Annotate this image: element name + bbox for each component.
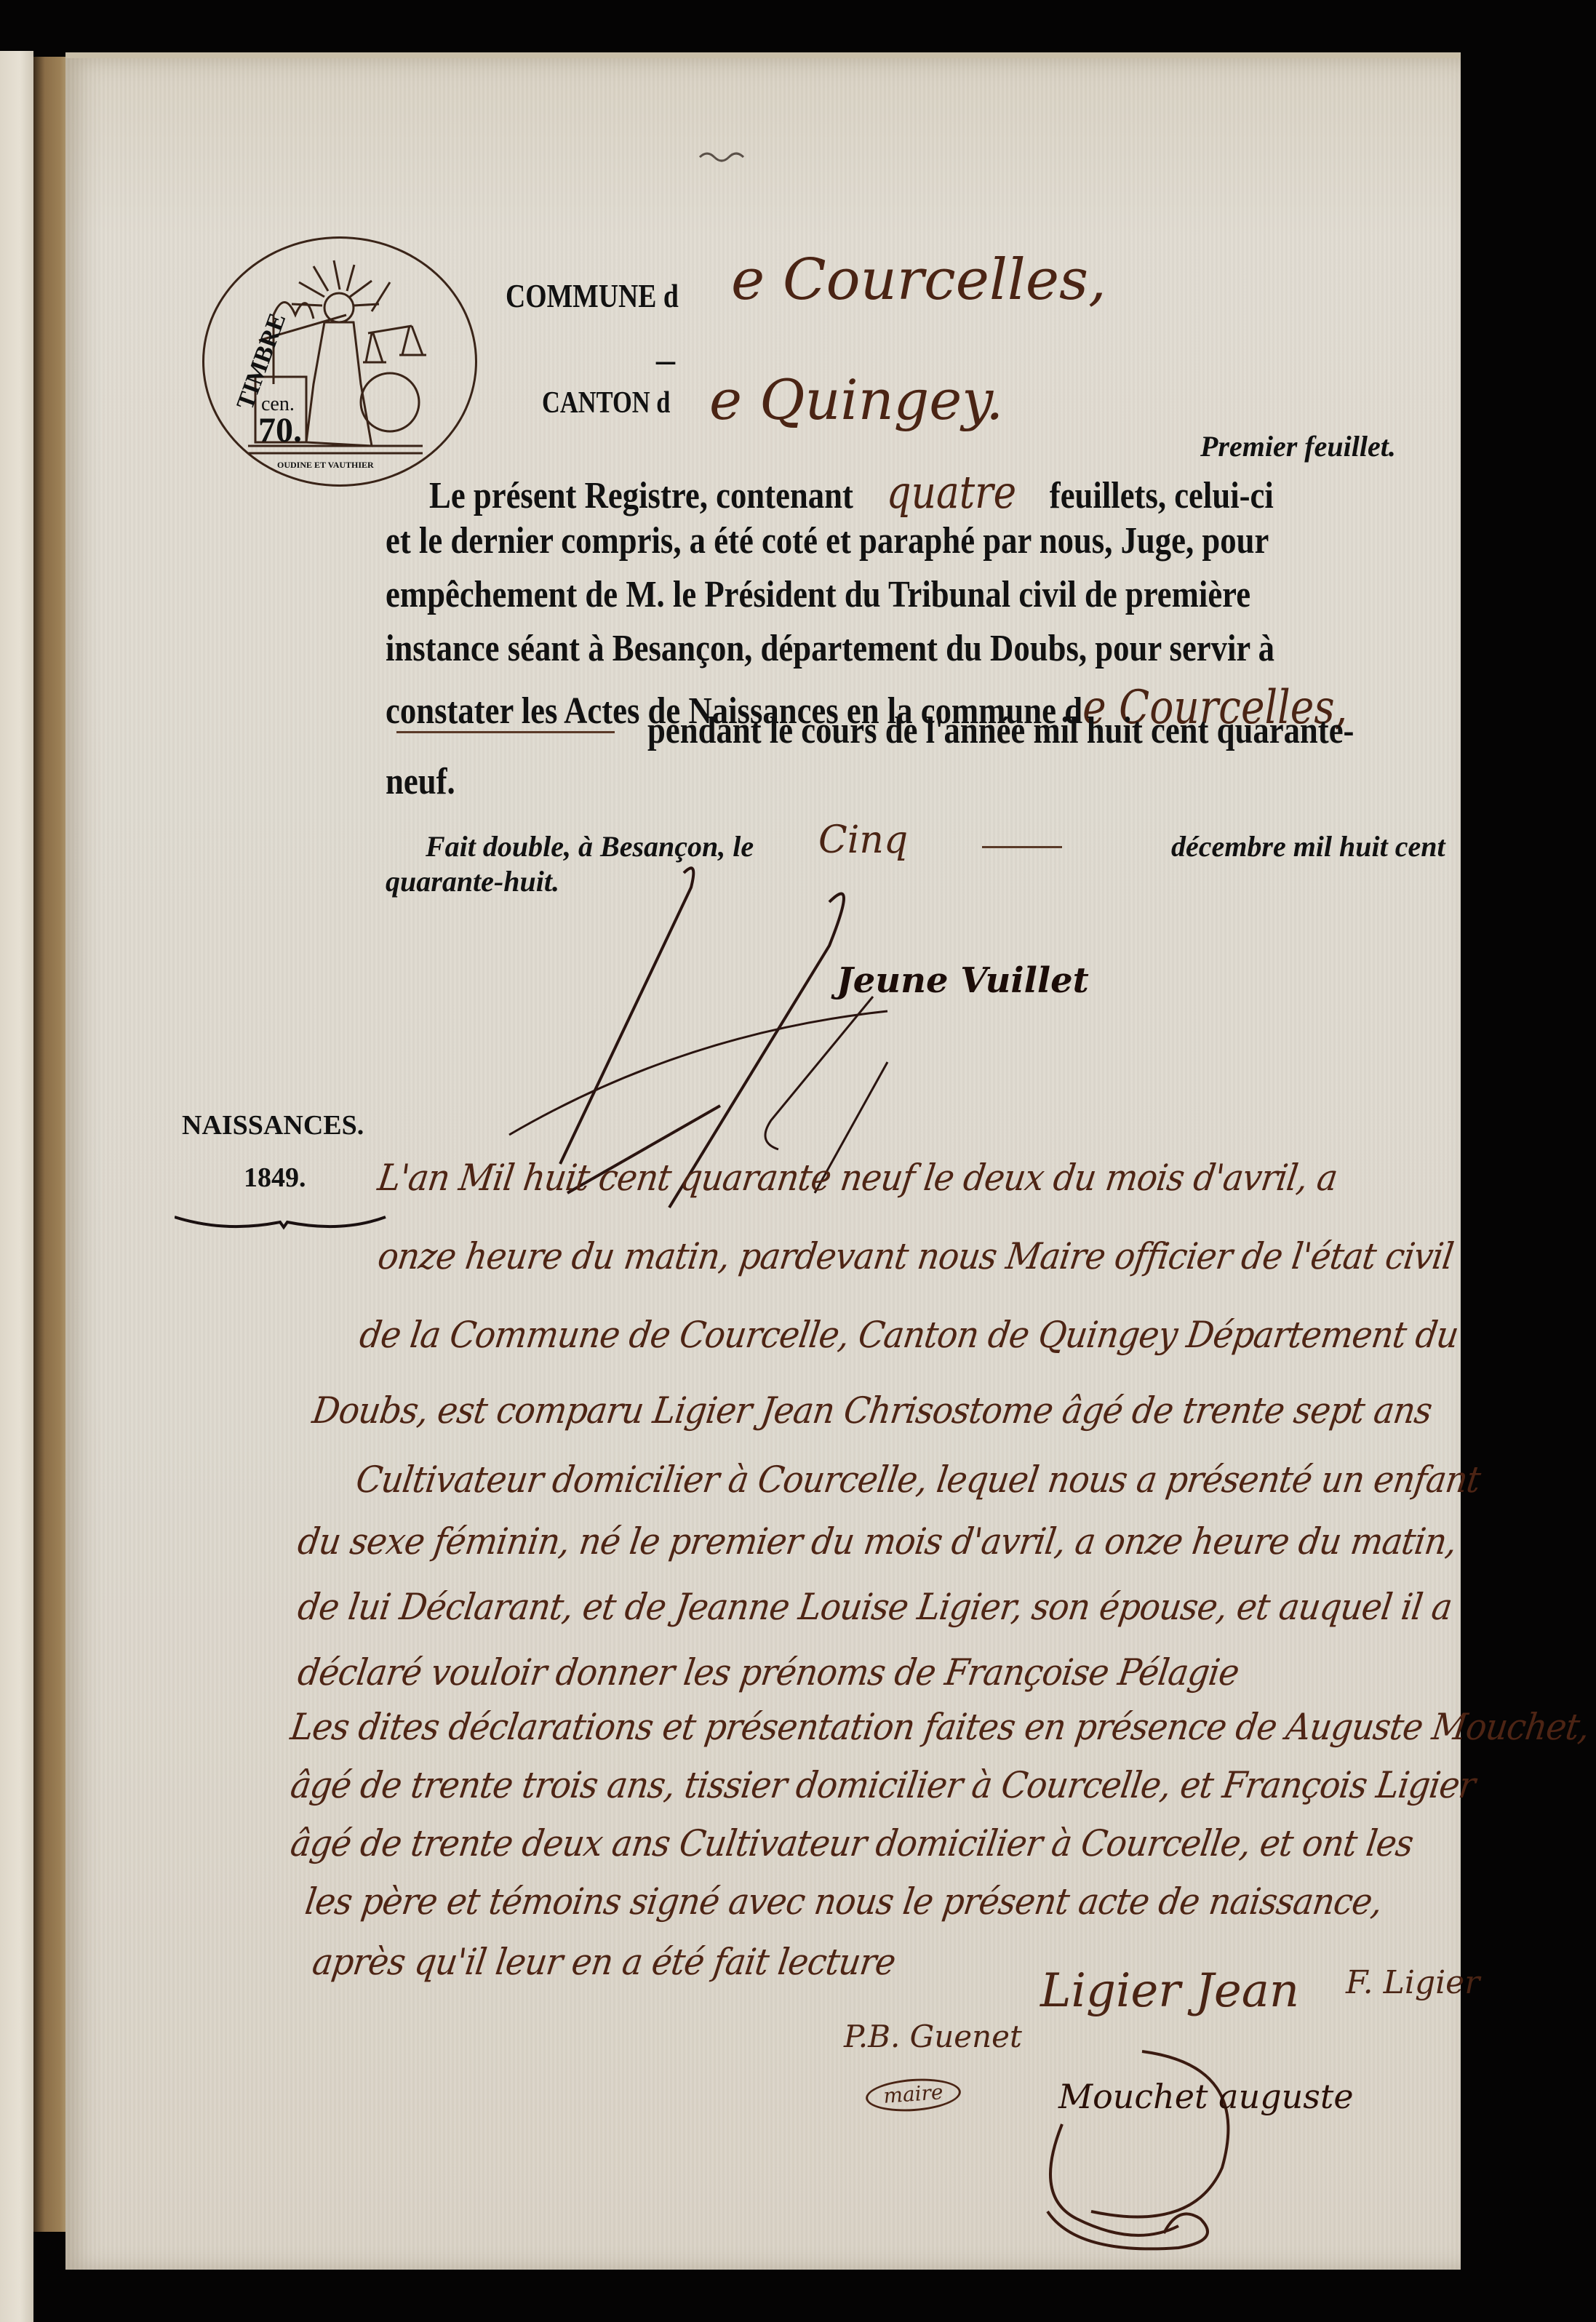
blank-rule (982, 846, 1062, 848)
left-page-edge (0, 51, 33, 2322)
act-line: onze heure du matin, pardevant nous Mair… (375, 1235, 1456, 1277)
preamble-text: Le présent Registre, contenant (429, 475, 853, 516)
tax-stamp: TIMBRE cen. 70. OUDINE ET VAUTHIER (202, 236, 477, 487)
act-line: déclaré vouloir donner les prénoms de Fr… (295, 1651, 1242, 1693)
act-line: Cultivateur domicilier à Courcelle, lequ… (354, 1459, 1483, 1501)
act-line: L'an Mil huit cent quarante neuf le deux… (375, 1157, 1340, 1199)
preamble-line-6: pendant le cours de l'année mil huit cen… (647, 709, 1354, 752)
preamble-text: feuillets, celui-ci (1050, 475, 1274, 516)
leaf-count-hand: quatre (886, 466, 1016, 519)
signature-witness-2: Mouchet auguste (1058, 2077, 1354, 2116)
leaf-label: Premier feuillet. (1200, 429, 1396, 463)
section-year: 1849. (244, 1162, 306, 1194)
commune-value: e Courcelles, (731, 247, 1106, 313)
commune-label: COMMUNE d (506, 276, 679, 315)
canton-label: CANTON d (542, 386, 670, 420)
act-line: âgé de trente deux ans Cultivateur domic… (288, 1822, 1416, 1864)
section-title: NAISSANCES. (182, 1109, 364, 1141)
stamp-engraver: OUDINE ET VAUTHIER (277, 460, 374, 471)
fait-day-hand: Cinq (818, 818, 908, 862)
signature-father: Ligier Jean (1040, 1964, 1299, 2018)
preamble-line-2: et le dernier compris, a été coté et par… (386, 519, 1269, 562)
ink-mark-icon (698, 145, 757, 167)
act-line: après qu'il leur en a été fait lecture (310, 1941, 898, 1983)
canton-value: e Quingey. (709, 367, 1003, 432)
preamble-line-3: empêchement de M. le Président du Tribun… (386, 573, 1250, 616)
preamble-line-1: Le présent Registre, contenant quatre fe… (429, 466, 1274, 519)
ornamental-rule-icon (175, 1211, 393, 1233)
blank-rule (396, 731, 615, 733)
signature-mayor: P.B. Guenet (844, 2019, 1022, 2054)
act-line: de la Commune de Courcelle, Canton de Qu… (357, 1314, 1461, 1356)
lady-justice-icon (204, 239, 475, 484)
act-line: les père et témoins signé avec nous le p… (303, 1880, 1385, 1923)
act-line: de lui Déclarant, et de Jeanne Louise Li… (295, 1586, 1454, 1628)
judge-signature: Jeune Vuillet (837, 960, 1089, 1001)
act-line: Doubs, est comparu Ligier Jean Chrisosto… (310, 1389, 1435, 1432)
act-line: du sexe féminin, né le premier du mois d… (295, 1520, 1459, 1563)
act-line: âgé de trente trois ans, tissier domicil… (288, 1764, 1477, 1806)
act-line: Les dites déclarations et présentation f… (288, 1706, 1592, 1748)
stamp-value: 70. (258, 410, 302, 450)
signature-flourish (1033, 2037, 1251, 2270)
signature-witness-1: F. Ligier (1346, 1964, 1480, 2001)
header-divider: — (655, 349, 677, 375)
preamble-line-7: neuf. (386, 760, 455, 803)
preamble-line-4: instance séant à Besançon, département d… (386, 627, 1274, 670)
